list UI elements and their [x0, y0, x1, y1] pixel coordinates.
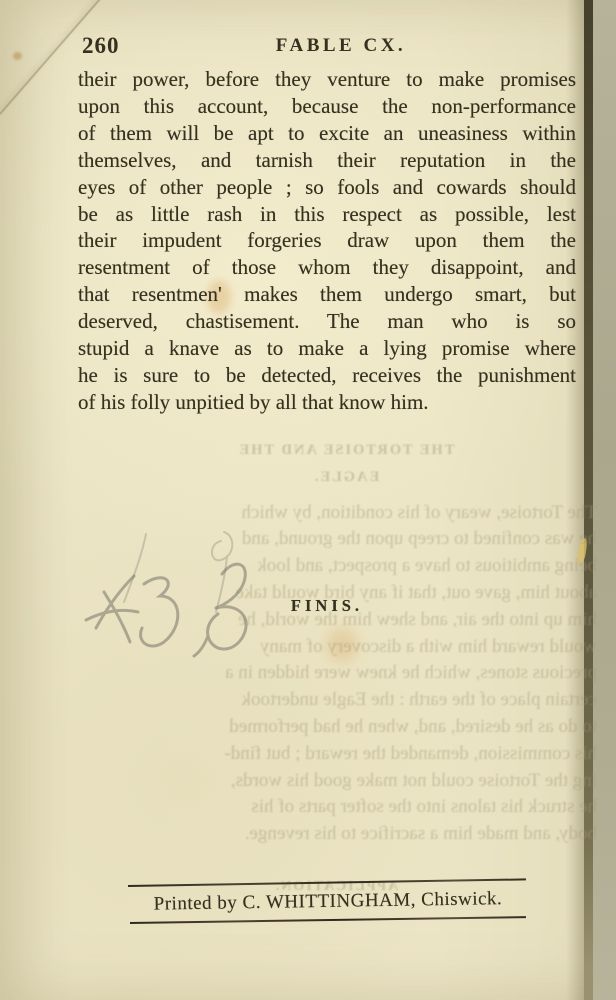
body-line: of his folly unpitied by all that know h…: [78, 389, 576, 416]
printer-imprint: Printed by C. WHITTINGHAM, Chiswick.: [130, 888, 526, 916]
bleedthrough-line: he was confined to creep upon the ground…: [225, 526, 597, 553]
bleedthrough-line: certain place of the earth : the Eagle u…: [225, 687, 597, 714]
imprint-rule-top: [128, 878, 526, 887]
body-line: stupid a knave as to make a lying promis…: [78, 335, 576, 362]
bleedthrough-lines: The Tortoise, weary of his condition, by…: [225, 500, 597, 848]
imprint-rule-bottom: [130, 916, 526, 924]
body-text: their power, before they venture to make…: [78, 66, 576, 416]
body-line: deserved, chastisement. The man who is s…: [78, 308, 576, 335]
bleedthrough-line: being ambitious to have a prospect, and …: [225, 553, 597, 580]
paper-stain: [13, 52, 22, 60]
bleedthrough-line: The Tortoise, weary of his condition, by…: [225, 500, 597, 527]
handwritten-annotation: [84, 528, 254, 678]
running-title: FABLE CX.: [78, 35, 576, 57]
bleedthrough-line: to do as he desired, and, when he had pe…: [225, 714, 597, 741]
body-line: upon this account, because the non-perfo…: [78, 93, 576, 120]
book-page: THE TORTOISE AND THE EAGLE. The Tortoise…: [0, 0, 616, 1000]
body-line: themselves, and tarnish their reputation…: [78, 147, 576, 174]
page-edge-dark-band: [584, 0, 593, 1000]
body-line: of them will be apt to excite an uneasin…: [78, 120, 576, 147]
bleedthrough-line: ing the Tortoise could not make good his…: [225, 768, 597, 795]
verso-bleedthrough: THE TORTOISE AND THE EAGLE. The Tortoise…: [225, 437, 597, 901]
bleedthrough-line: he struck his talons into the softer par…: [225, 794, 597, 821]
body-line: be as little rash in this respect as pos…: [78, 201, 576, 228]
bleedthrough-line: would reward him with a discovery of man…: [225, 634, 597, 661]
bleedthrough-line: precious stones, which he knew were hidd…: [225, 660, 597, 687]
bleedthrough-line: his commission, demanded the reward ; bu…: [225, 741, 597, 768]
body-line: resentment of those whom they disappoint…: [78, 254, 576, 281]
body-line: eyes of other people ; so fools and cowa…: [78, 174, 576, 201]
paper-stain: [326, 628, 358, 662]
body-line: their impudent forgeries draw upon them …: [78, 227, 576, 254]
scan-background-strip: [593, 0, 616, 1000]
body-line: he is sure to be detected, receives the …: [78, 362, 576, 389]
bleedthrough-line: body, and made him a sacrifice to his re…: [225, 821, 597, 848]
body-line: that resentmen' makes them undergo smart…: [78, 281, 576, 308]
bleedthrough-heading: THE TORTOISE AND THE EAGLE.: [225, 437, 597, 491]
page-header: 260 FABLE CX.: [78, 33, 576, 61]
body-line: their power, before they venture to make…: [78, 66, 576, 93]
